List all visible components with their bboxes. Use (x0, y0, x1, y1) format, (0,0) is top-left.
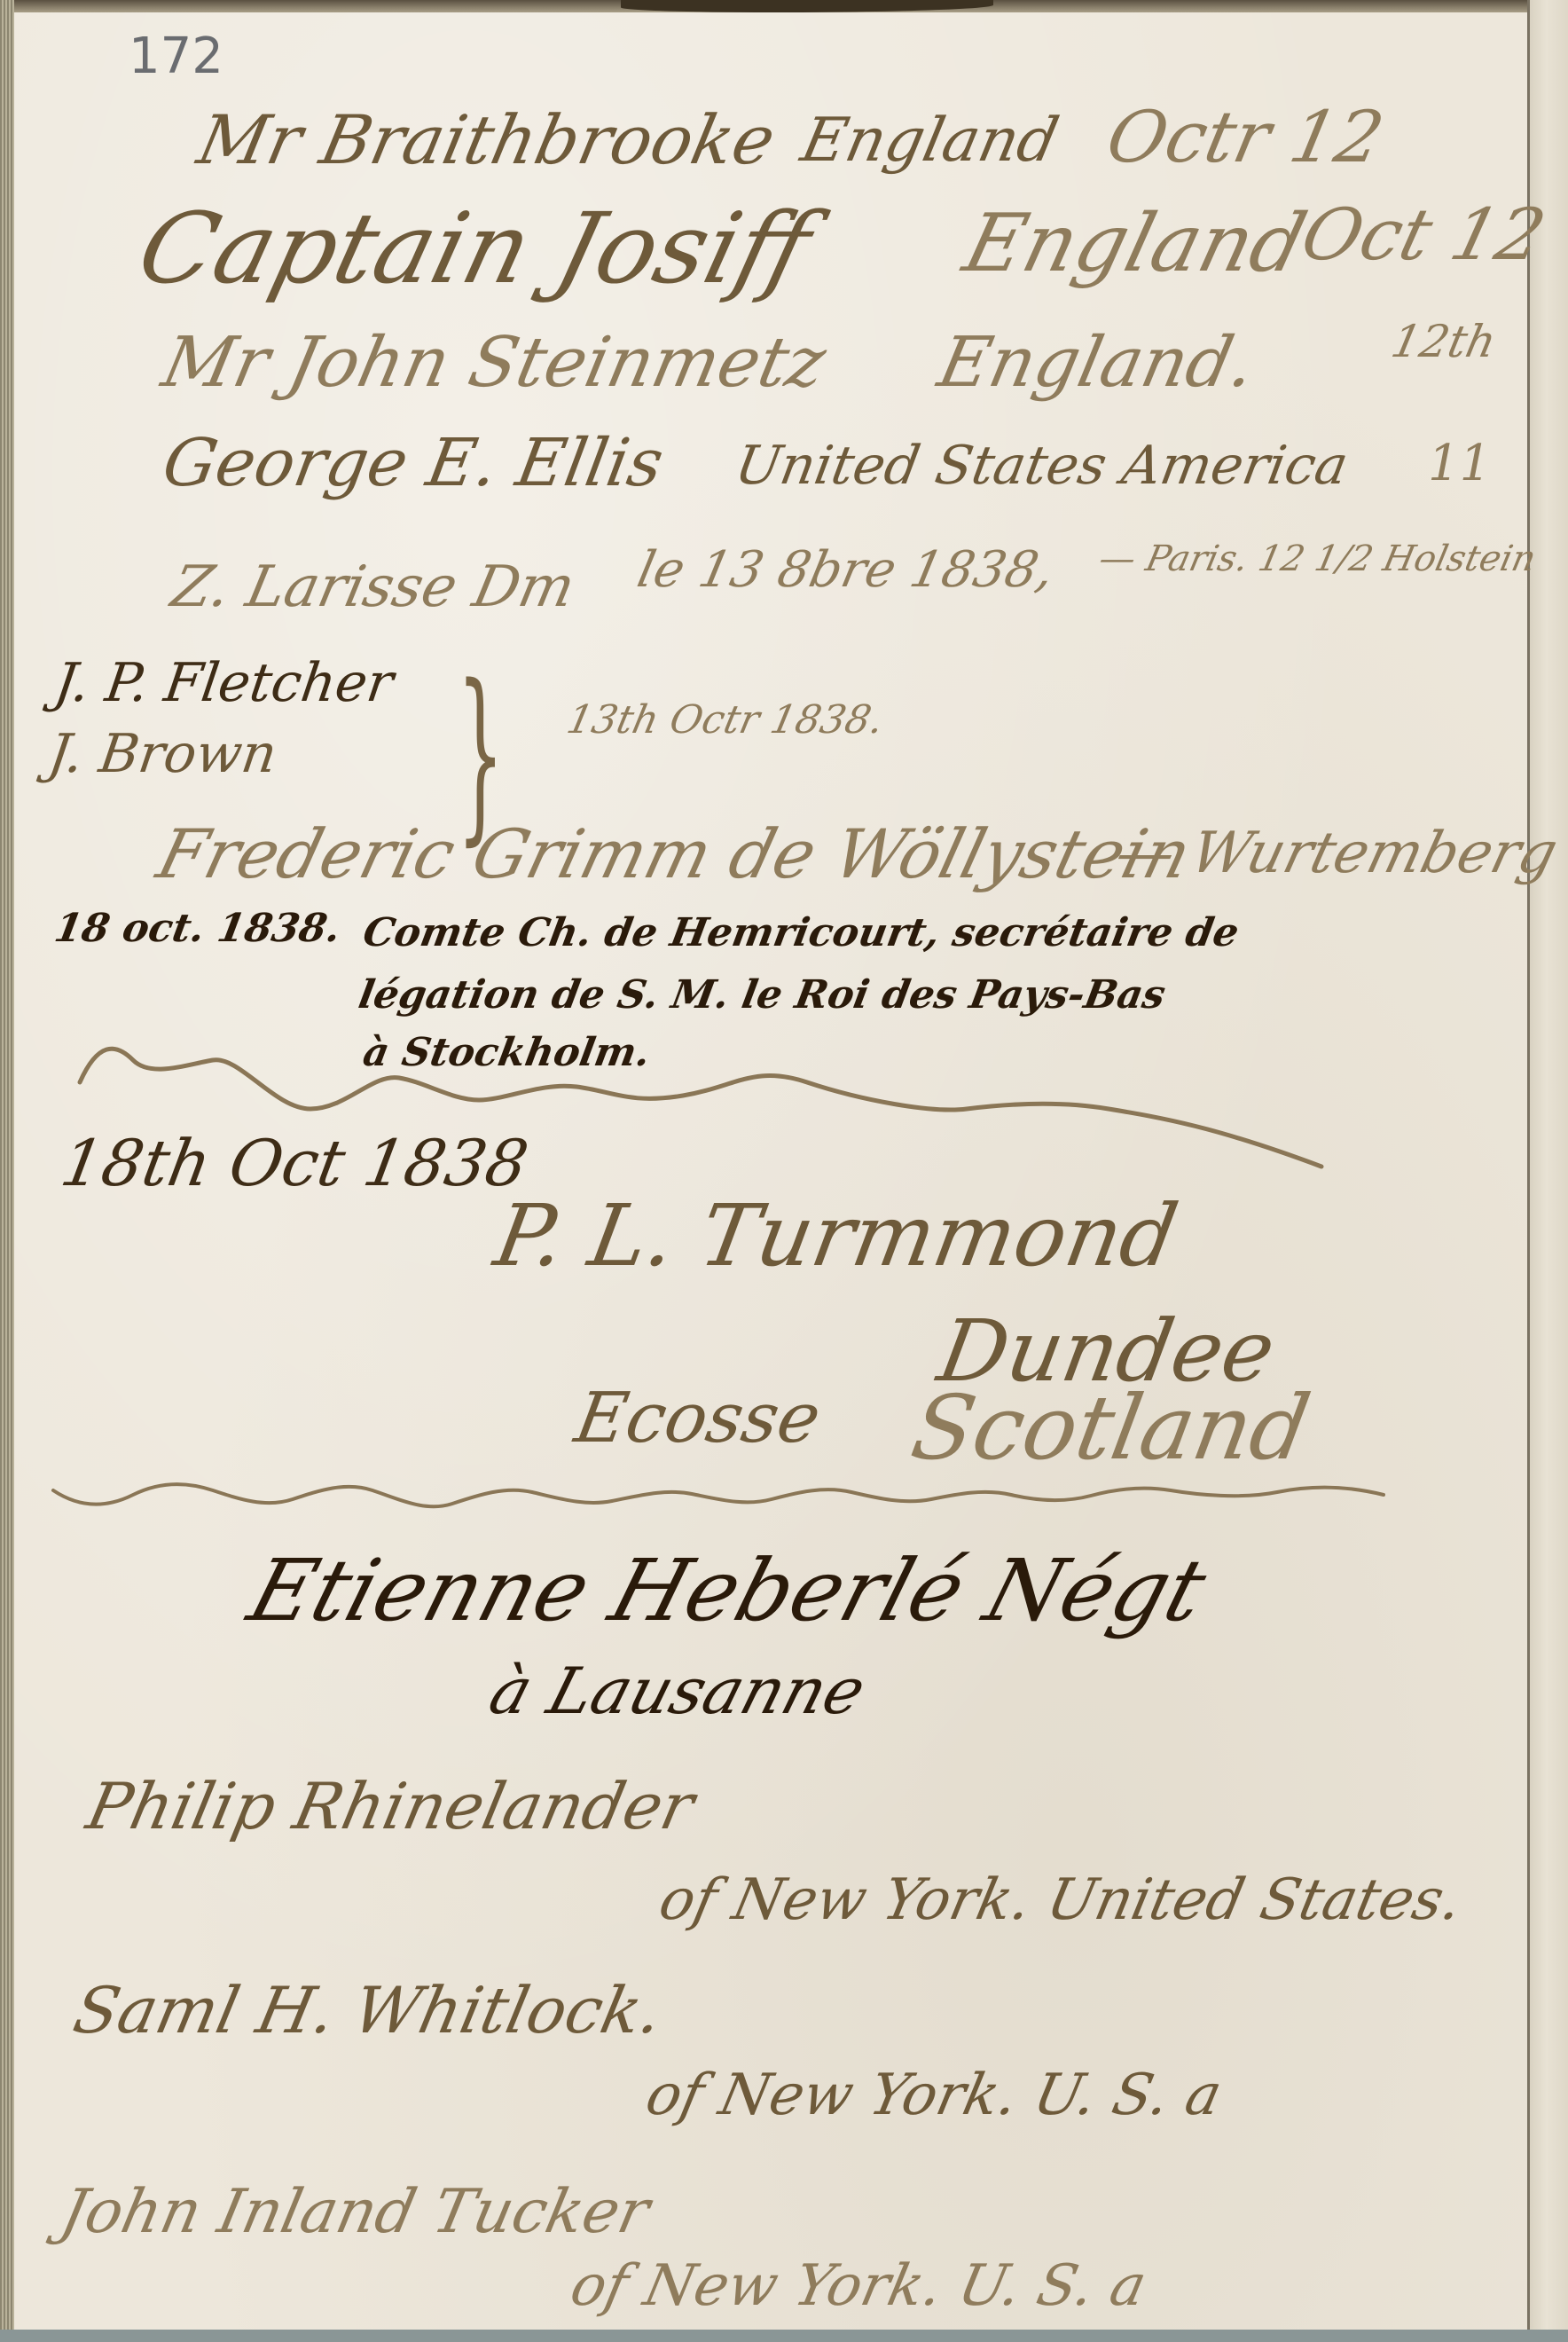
entry-prefix: Ecosse (570, 1384, 826, 1453)
entry-name: J. Brown (45, 727, 280, 781)
entry-country: Scotland (906, 1384, 1316, 1473)
manuscript-page: 172 Mr Braithbrooke England Octr 12 Capt… (0, 0, 1568, 2342)
entry-name: Mr John Steinmetz (157, 328, 832, 397)
page-number: 172 (129, 32, 223, 82)
entry-date: 18th Oct 1838 (57, 1131, 533, 1195)
entry-origin: of New York. U. S. a (641, 2067, 1227, 2124)
entry-name: P. L. Turmmond (490, 1193, 1184, 1278)
entry-note: — Paris. 12 1/2 Holstein (1096, 541, 1539, 577)
entry-line: légation de S. M. le Roi des Pays-Bas (356, 976, 1168, 1015)
wavy-divider (80, 1038, 1410, 1136)
entry-name: Captain Josiff (129, 200, 819, 297)
entry-origin: England (796, 111, 1063, 171)
left-page-stack-edge (0, 0, 14, 2342)
entry-name: Saml H. Whitlock. (68, 1978, 668, 2042)
entry-name: George E. Ellis (158, 430, 668, 496)
entry-origin: of New York. United States. (655, 1872, 1466, 1929)
entry-date: 13th Octr 1838. (563, 701, 887, 740)
entry-name: Frederic Grimm de Wöllystein (152, 821, 1197, 888)
entry-origin: of New York. U. S. a (566, 2258, 1151, 2314)
wavy-divider (53, 1481, 1472, 1526)
entry-name: Philip Rhinelander (82, 1774, 699, 1838)
entry-name: Z. Larisse Dm (167, 559, 579, 616)
entry-line: Comte Ch. de Hemricourt, secrétaire de (360, 914, 1242, 953)
entry-origin: England (957, 204, 1313, 284)
entry-name: J. P. Fletcher (51, 656, 396, 710)
entry-origin: United States America (732, 439, 1352, 492)
bottom-background (0, 2330, 1568, 2342)
entry-date: le 13 8bre 1838, (633, 546, 1058, 595)
right-gutter-binding (1527, 0, 1568, 2342)
entry-date: 12th (1388, 319, 1501, 364)
entry-date: 18 oct. 1838. (51, 909, 343, 948)
entry-name: Etienne Heberlé Négt (240, 1548, 1214, 1633)
entry-name: John Inland Tucker (56, 2182, 655, 2243)
entry-origin: — Wurtemberg (1110, 825, 1563, 882)
entry-date: Oct 12 (1295, 200, 1552, 271)
entry-name: Mr Braithbrooke (192, 106, 780, 174)
entry-date: 11 (1428, 439, 1491, 489)
entry-origin: England. (933, 328, 1261, 397)
entry-location: à Lausanne (483, 1659, 873, 1723)
entry-date: Octr 12 (1101, 102, 1389, 173)
